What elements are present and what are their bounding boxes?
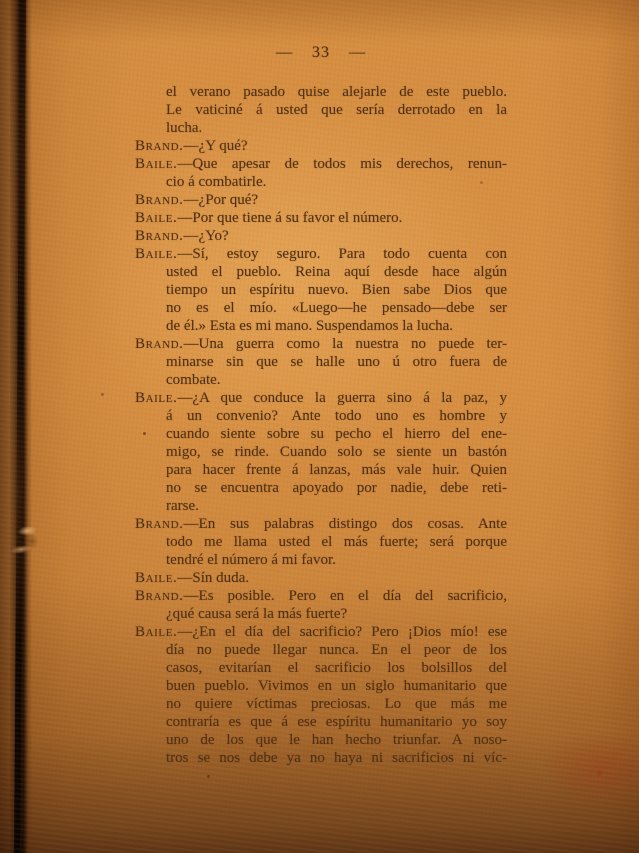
dialogue-paragraph: Baile.—Por que tiene á su favor el númer… (135, 209, 507, 227)
dialogue-paragraph: Brand.—Una guerra como la nuestra no pue… (135, 335, 507, 389)
dialogue-line: el verano pasado quise alejarle de este … (135, 83, 507, 101)
dialogue-line: uno de los que le han hecho triunfar. A … (135, 731, 507, 749)
dialogue-line: tros se nos debe ya no haya ni sacrifici… (135, 749, 507, 767)
speaker-label: Baile. (135, 210, 177, 226)
speaker-label: Brand. (135, 228, 184, 244)
dialogue-line: rarse. (135, 497, 507, 515)
speaker-label: Brand. (135, 516, 184, 532)
dialogue-line: á un convenio? Ante todo uno es hombre y (135, 407, 507, 425)
dialogue-line: Baile.—Que apesar de todos mis derechos,… (135, 155, 507, 173)
speaker-label: Baile. (135, 246, 177, 262)
dialogue: el verano pasado quise alejarle de este … (135, 83, 507, 767)
dialogue-paragraph: Baile.—Sín duda. (135, 569, 507, 587)
dialogue-line: para hacer frente á lanzas, más vale hui… (135, 461, 507, 479)
dialogue-line: Baile.—Por que tiene á su favor el númer… (135, 209, 507, 227)
dialogue-line: día no puede llegar nunca. En el peor de… (135, 641, 507, 659)
dialogue-line: migo, se rinde. Cuando solo se siente un… (135, 443, 507, 461)
dialogue-line: Baile.—¿A que conduce la guerra sino á l… (135, 389, 507, 407)
dialogue-line: ¿qué causa será la más fuerte? (135, 605, 507, 623)
dialogue-line: Brand.—Es posible. Pero en el día del sa… (135, 587, 507, 605)
paper-specks (0, 0, 3, 3)
dialogue-paragraph: Baile.—¿A que conduce la guerra sino á l… (135, 389, 507, 515)
dialogue-line: Baile.—¿En el día del sacrificio? Pero ¡… (135, 623, 507, 641)
speaker-label: Brand. (135, 192, 184, 208)
speaker-label: Baile. (135, 390, 177, 406)
speaker-label: Baile. (135, 570, 177, 586)
dialogue-paragraph: Baile.—¿En el día del sacrificio? Pero ¡… (135, 623, 507, 767)
dialogue-line: contraría es que á ese espíritu humanita… (135, 713, 507, 731)
dialogue-paragraph: Brand.—Es posible. Pero en el día del sa… (135, 587, 507, 623)
dialogue-paragraph: Baile.—Sí, estoy seguro. Para todo cuent… (135, 245, 507, 335)
dialogue-line: tendré el número á mi favor. (135, 551, 507, 569)
dialogue-paragraph: Baile.—Que apesar de todos mis derechos,… (135, 155, 507, 191)
speaker-label: Baile. (135, 624, 177, 640)
dialogue-line: Brand.—En sus palabras distingo dos cosa… (135, 515, 507, 533)
dialogue-line: usted el pueblo. Reina aquí desde hace a… (135, 263, 507, 281)
dialogue-line: Baile.—Sí, estoy seguro. Para todo cuent… (135, 245, 507, 263)
speaker-label: Brand. (135, 138, 184, 154)
dialogue-line: combate. (135, 371, 507, 389)
dialogue-line: de él.» Esta es mi mano. Suspendamos la … (135, 317, 507, 335)
dialogue-line: casos, evitarían el sacrificio los bolsi… (135, 659, 507, 677)
dialogue-paragraph: Brand.—¿Yo? (135, 227, 507, 245)
page-number: — 33 — (135, 44, 507, 62)
binding-crack-mark (5, 516, 45, 564)
speaker-label: Brand. (135, 588, 184, 604)
dialogue-line: lucha. (135, 119, 507, 137)
book-page-photo: — 33 — el verano pasado quise alejarle d… (0, 0, 639, 853)
dialogue-line: no es el mío. «Luego—he pensado—debe ser (135, 299, 507, 317)
speaker-label: Baile. (135, 156, 177, 172)
dialogue-line: tiempo un espíritu nuevo. Bien sabe Dios… (135, 281, 507, 299)
dialogue-paragraph: Brand.—¿Y qué? (135, 137, 507, 155)
dialogue-paragraph: Brand.—¿Por qué? (135, 191, 507, 209)
dialogue-line: Brand.—¿Por qué? (135, 191, 507, 209)
dialogue-line: Brand.—Una guerra como la nuestra no pue… (135, 335, 507, 353)
dialogue-line: Le vaticiné á usted que sería derrotado … (135, 101, 507, 119)
dialogue-line: Brand.—¿Y qué? (135, 137, 507, 155)
dialogue-line: no quiere víctimas preciosas. Lo que más… (135, 695, 507, 713)
dialogue-line: todo me llama usted el más fuerte; será … (135, 533, 507, 551)
dialogue-line: Baile.—Sín duda. (135, 569, 507, 587)
dialogue-line: Brand.—¿Yo? (135, 227, 507, 245)
dialogue-paragraph: el verano pasado quise alejarle de este … (135, 83, 507, 137)
dialogue-line: cuando siente sobre su pecho el hierro d… (135, 425, 507, 443)
dialogue-paragraph: Brand.—En sus palabras distingo dos cosa… (135, 515, 507, 569)
dialogue-line: buen pueblo. Vivimos en un siglo humanit… (135, 677, 507, 695)
dialogue-line: no se encuentra apoyado por nadie, debe … (135, 479, 507, 497)
dialogue-line: cio á combatirle. (135, 173, 507, 191)
dialogue-line: minarse sin que se halle uno ú otro fuer… (135, 353, 507, 371)
speaker-label: Brand. (135, 336, 184, 352)
